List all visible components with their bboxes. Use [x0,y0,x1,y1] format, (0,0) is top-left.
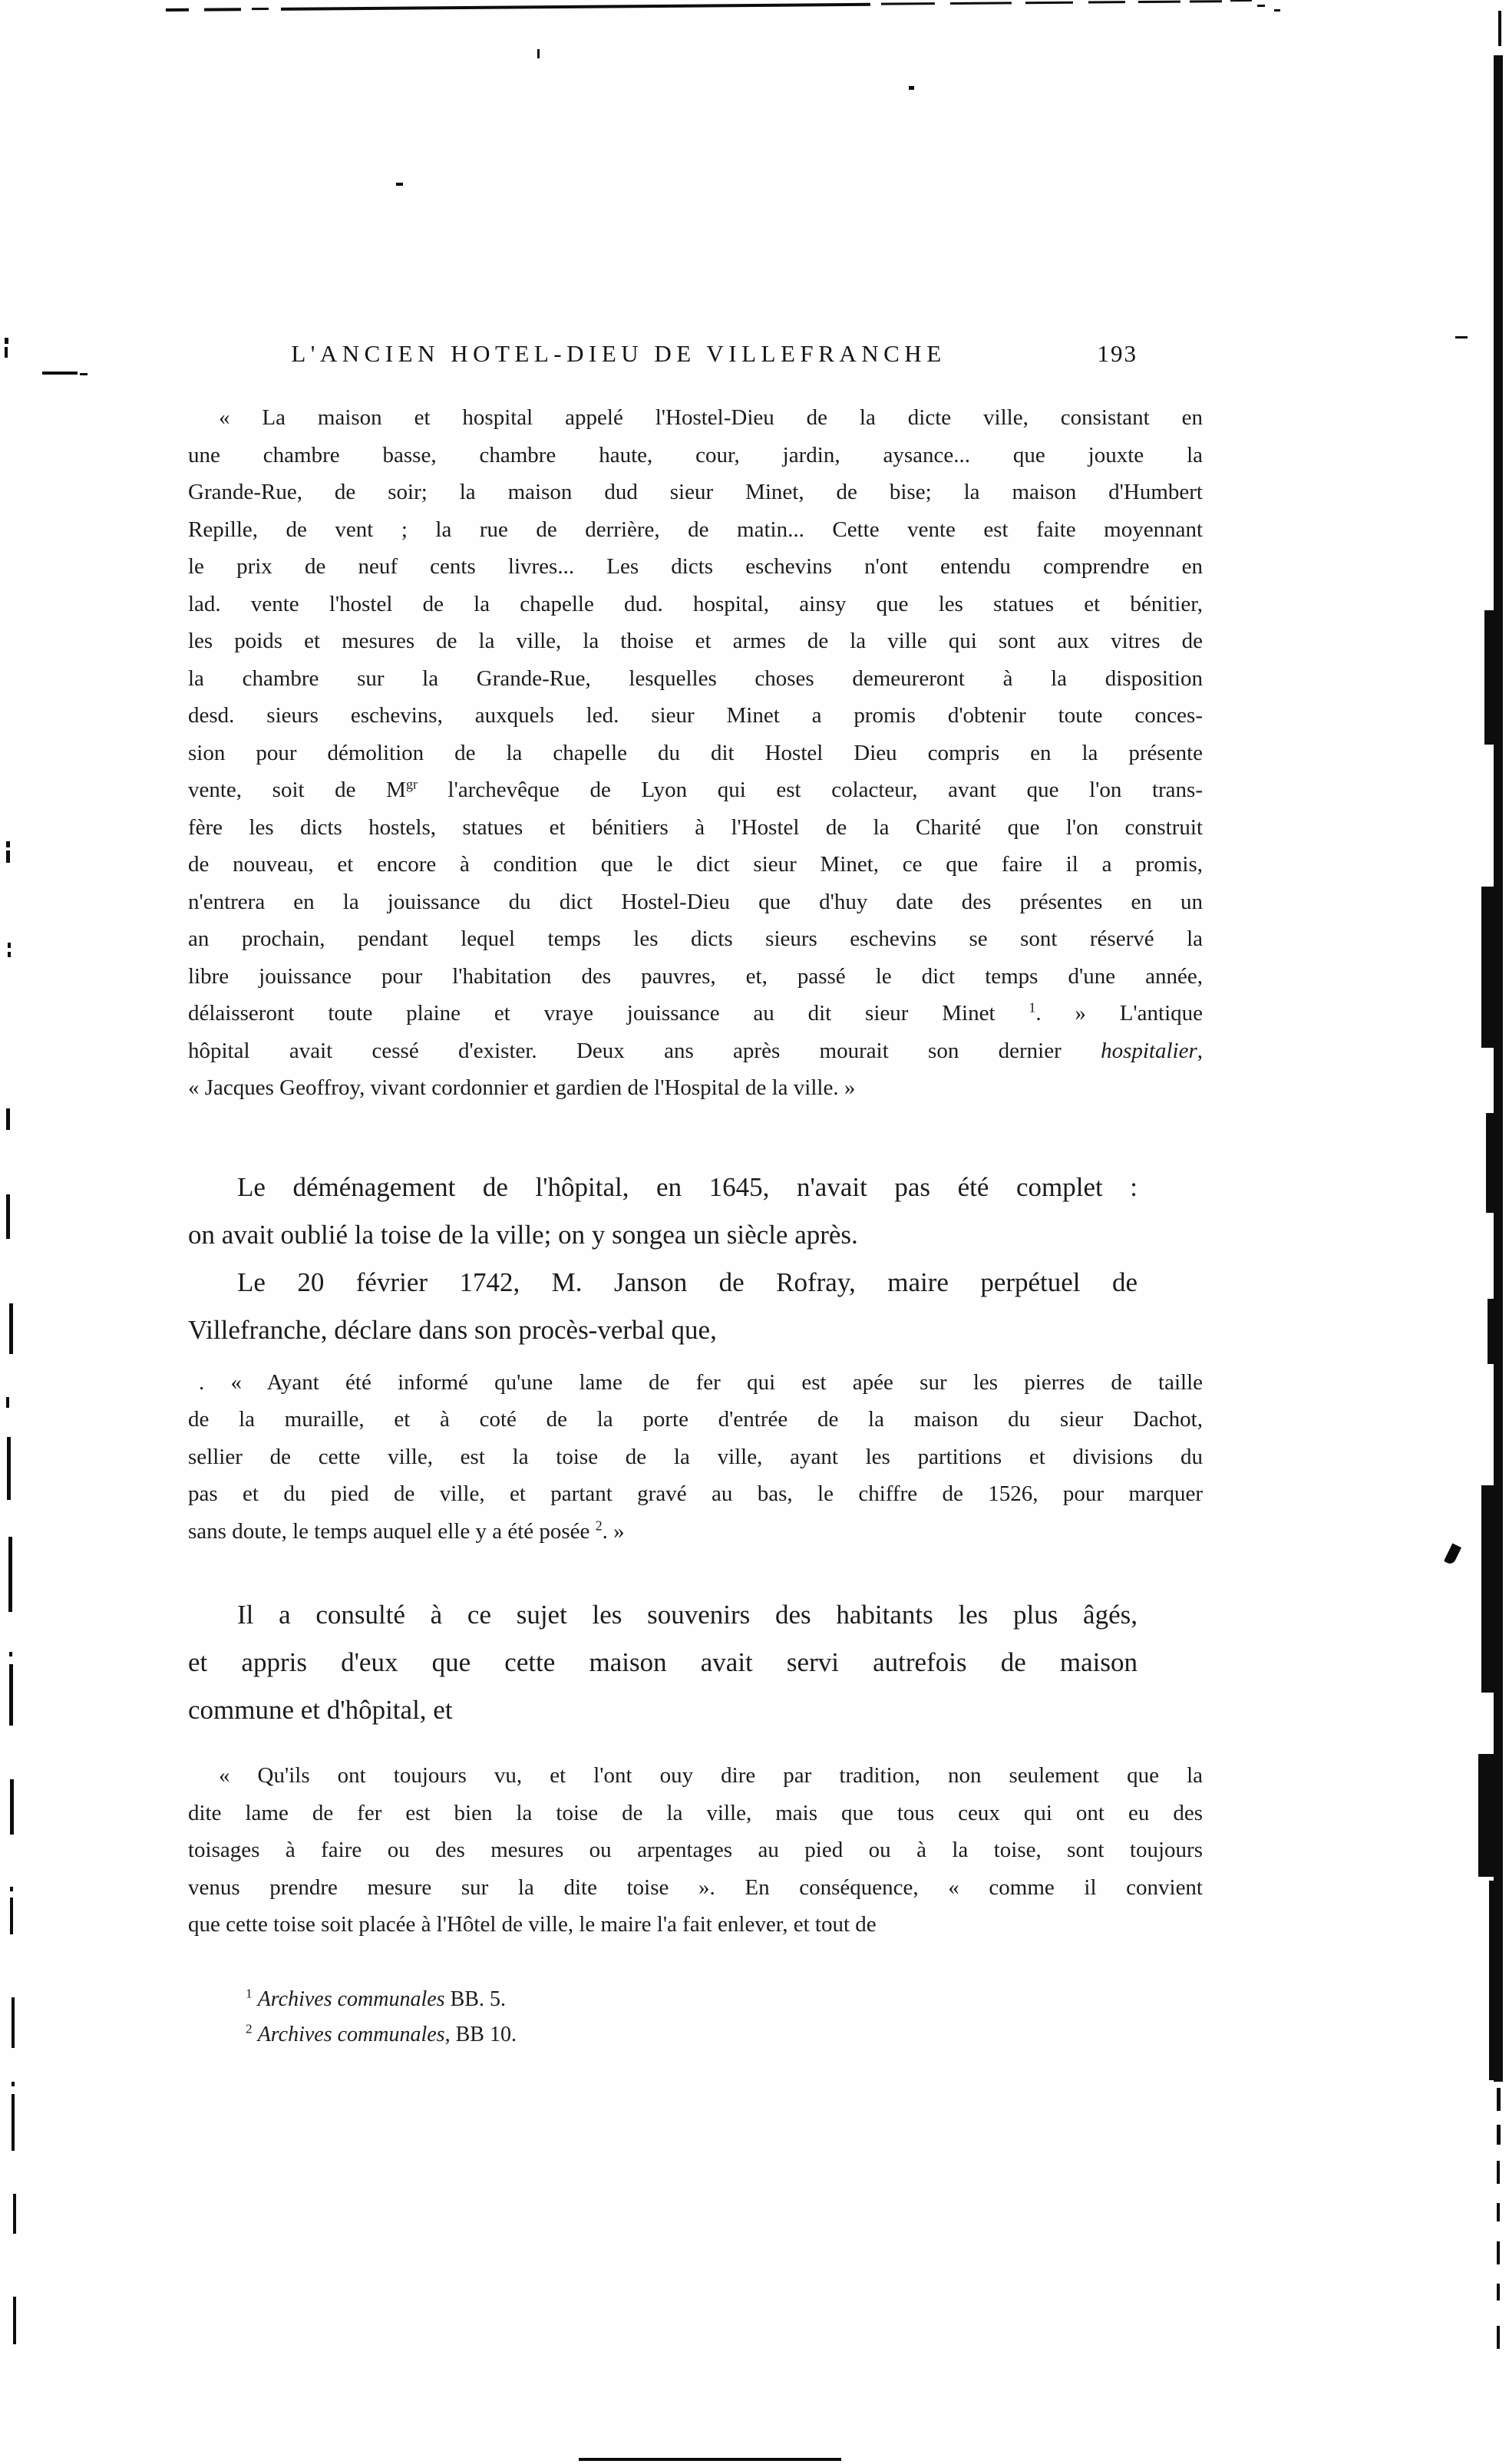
text-line: et appris d'eux que cette maison avait s… [188,1639,1138,1686]
scan-artifact-top-line-segment [1138,1,1180,3]
scan-artifact-top-line [68,0,1265,15]
scan-artifact-left-edge-mark [13,2194,16,2234]
text-line: Il a consulté à ce sujet les souvenirs d… [188,1591,1138,1639]
scan-artifact-left-edge-mark [8,1537,12,1612]
text-block: « La maison et hospital appelé l'Hostel-… [188,399,1203,2053]
text-line: « Qu'ils ont toujours vu, et l'ont ouy d… [188,1757,1203,1795]
text-line: venus prendre mesure sur la dite toise »… [188,1869,1203,1907]
scan-artifact-speck [1274,9,1280,12]
page-title: L'ANCIEN HOTEL-DIEU DE VILLEFRANCHE [188,340,1049,368]
scan-artifact-left-edge-mark [8,952,11,957]
text-line: toisages à faire ou des mesures ou arpen… [188,1831,1203,1869]
paragraph-consultation: Il a consulté à ce sujet les souvenirs d… [188,1591,1138,1734]
text-line: . « Ayant été informé qu'une lame de fer… [188,1364,1203,1402]
scan-artifact-left-edge-mark [80,373,88,375]
text-line: 2 Archives communales, BB 10. [188,2017,1203,2053]
scan-artifact-left-edge-mark [8,943,11,948]
text-line: « La maison et hospital appelé l'Hostel-… [188,399,1203,437]
paragraph-demenagement: Le déménagement de l'hôpital, en 1645, n… [188,1164,1138,1259]
scan-artifact-speck [1257,5,1265,7]
scan-artifact-top-line-segment [881,2,935,5]
scan-artifact-gutter-dash [1497,2284,1500,2301]
text-line: le prix de neuf cents livres... Les dict… [188,548,1203,586]
scan-artifact-gutter-dash [1497,2241,1500,2264]
scan-artifact-left-edge-mark [6,851,10,863]
scan-artifact-top-line-segment [281,3,870,11]
scan-artifact-top-line-segment [204,8,241,11]
scan-artifact-gutter-blob [1498,11,1501,46]
text-line: Grande-Rue, de soir; la maison dud sieur… [188,474,1203,511]
text-line: hôpital avait cessé d'exister. Deux ans … [188,1032,1203,1070]
scan-artifact-left-edge-mark [10,1779,14,1835]
scan-artifact-left-edge-mark [6,1194,10,1239]
scan-artifact-gutter-blob [1484,610,1501,745]
running-header: L'ANCIEN HOTEL-DIEU DE VILLEFRANCHE 193 [188,340,1138,372]
scan-artifact-speck [1455,336,1468,339]
scan-artifact-gutter-dash [1497,2161,1500,2184]
quoted-deed-excerpt: « La maison et hospital appelé l'Hostel-… [188,399,1203,1107]
text-line: desd. sieurs eschevins, auxquels led. si… [188,697,1203,735]
scan-artifact-speck [579,2458,841,2461]
scan-artifact-top-line-segment [950,2,1012,5]
scan-artifact-left-edge-mark [9,1664,13,1726]
text-line: dite lame de fer est bien la toise de la… [188,1795,1203,1832]
text-line: une chambre basse, chambre haute, cour, … [188,437,1203,474]
scan-artifact-top-line-segment [252,8,269,10]
text-line: sion pour démolition de la chapelle du d… [188,735,1203,772]
text-line: de nouveau, et encore à condition que le… [188,846,1203,884]
scan-artifact-left-edge-mark [7,1437,11,1500]
text-line: commune et d'hôpital, et [188,1686,1138,1734]
scan-artifact-gutter-dash [1497,2125,1501,2145]
scan-artifact-left-edge-mark [12,2082,15,2086]
scan-artifact-left-edge-mark [13,2297,16,2344]
scan-artifact-ink-blot [1444,1543,1461,1565]
scan-artifact-gutter-dash [1497,2326,1500,2349]
scan-artifact-speck [909,86,914,90]
scan-artifact-gutter-dash [1497,2203,1500,2221]
text-line: Le 20 février 1742, M. Janson de Rofray,… [188,1259,1138,1306]
quoted-tradition-excerpt: « Qu'ils ont toujours vu, et l'ont ouy d… [188,1757,1203,1944]
scan-artifact-top-line-segment [166,8,189,12]
scan-artifact-left-edge-mark [10,1898,13,1934]
text-line: on avait oublié la toise de la ville; on… [188,1211,1138,1259]
text-line: sans doute, le temps auquel elle y a été… [188,1513,1203,1551]
text-line: la chambre sur la Grande-Rue, lesquelles… [188,660,1203,698]
text-line: Villefranche, déclare dans son procès-ve… [188,1306,1138,1354]
scan-artifact-top-line-segment [1088,1,1125,3]
text-line: « Jacques Geoffroy, vivant cordonnier et… [188,1069,1203,1107]
scan-artifact-left-edge-mark [42,372,78,375]
scan-artifact-top-line-segment [1025,2,1073,4]
text-line: sellier de cette ville, est la toise de … [188,1438,1203,1476]
text-line: n'entrera en la jouissance du dict Hoste… [188,884,1203,921]
scanned-book-page: L'ANCIEN HOTEL-DIEU DE VILLEFRANCHE 193 … [0,0,1509,2464]
text-line: libre jouissance pour l'habitation des p… [188,958,1203,996]
scan-artifact-left-edge-mark [9,1652,12,1656]
scan-artifact-left-edge-mark [5,338,8,344]
scan-artifact-gutter-blob [1488,1299,1501,1364]
scan-artifact-left-edge-mark [9,1303,13,1354]
text-line: vente, soit de Mgr l'archevêque de Lyon … [188,771,1203,809]
scan-artifact-speck [396,183,403,186]
scan-artifact-gutter-blob [1486,1113,1501,1213]
scan-artifact-gutter-blob [1481,887,1501,1048]
text-line: de la muraille, et à coté de la porte d'… [188,1401,1203,1438]
scan-artifact-gutter-dash [1497,2088,1501,2111]
text-line: an prochain, pendant lequel temps les di… [188,920,1203,958]
text-line: les poids et mesures de la ville, la tho… [188,623,1203,660]
scan-artifact-left-edge-mark [6,841,10,847]
scan-artifact-top-line-segment [1190,0,1222,2]
page-number: 193 [1098,340,1138,368]
text-line: 1 Archives communales BB. 5. [188,1982,1203,2017]
scan-artifact-left-edge-mark [12,1997,15,2048]
scan-artifact-speck [537,49,540,58]
text-line: lad. vente l'hostel de la chapelle dud. … [188,586,1203,623]
scan-artifact-gutter-blob [1489,1881,1501,2080]
text-line: Le déménagement de l'hôpital, en 1645, n… [188,1164,1138,1211]
text-line: fère les dicts hostels, statues et bénit… [188,809,1203,847]
scan-artifact-left-edge-mark [12,2094,15,2151]
scan-artifact-left-edge-mark [6,1108,10,1130]
scan-artifact-gutter-blob [1481,1485,1501,1693]
text-line: Repille, de vent ; la rue de derrière, d… [188,511,1203,549]
scan-artifact-top-line-segment [1230,0,1252,2]
text-line: que cette toise soit placée à l'Hôtel de… [188,1906,1203,1944]
text-line: pas et du pied de ville, et partant grav… [188,1475,1203,1513]
paragraph-proces-verbal: Le 20 février 1742, M. Janson de Rofray,… [188,1259,1138,1354]
page-content: L'ANCIEN HOTEL-DIEU DE VILLEFRANCHE 193 … [188,340,1203,2053]
scan-artifact-left-edge-mark [10,1887,13,1891]
scan-artifact-left-edge-mark [5,347,8,358]
footnotes: 1 Archives communales BB. 5.2 Archives c… [188,1982,1203,2053]
scan-artifact-gutter-blob [1478,1754,1503,1877]
text-line: délaisseront toute plaine et vraye jouis… [188,995,1203,1032]
quoted-proces-verbal-excerpt: . « Ayant été informé qu'une lame de fer… [188,1364,1203,1551]
scan-artifact-left-edge-mark [6,1397,9,1408]
